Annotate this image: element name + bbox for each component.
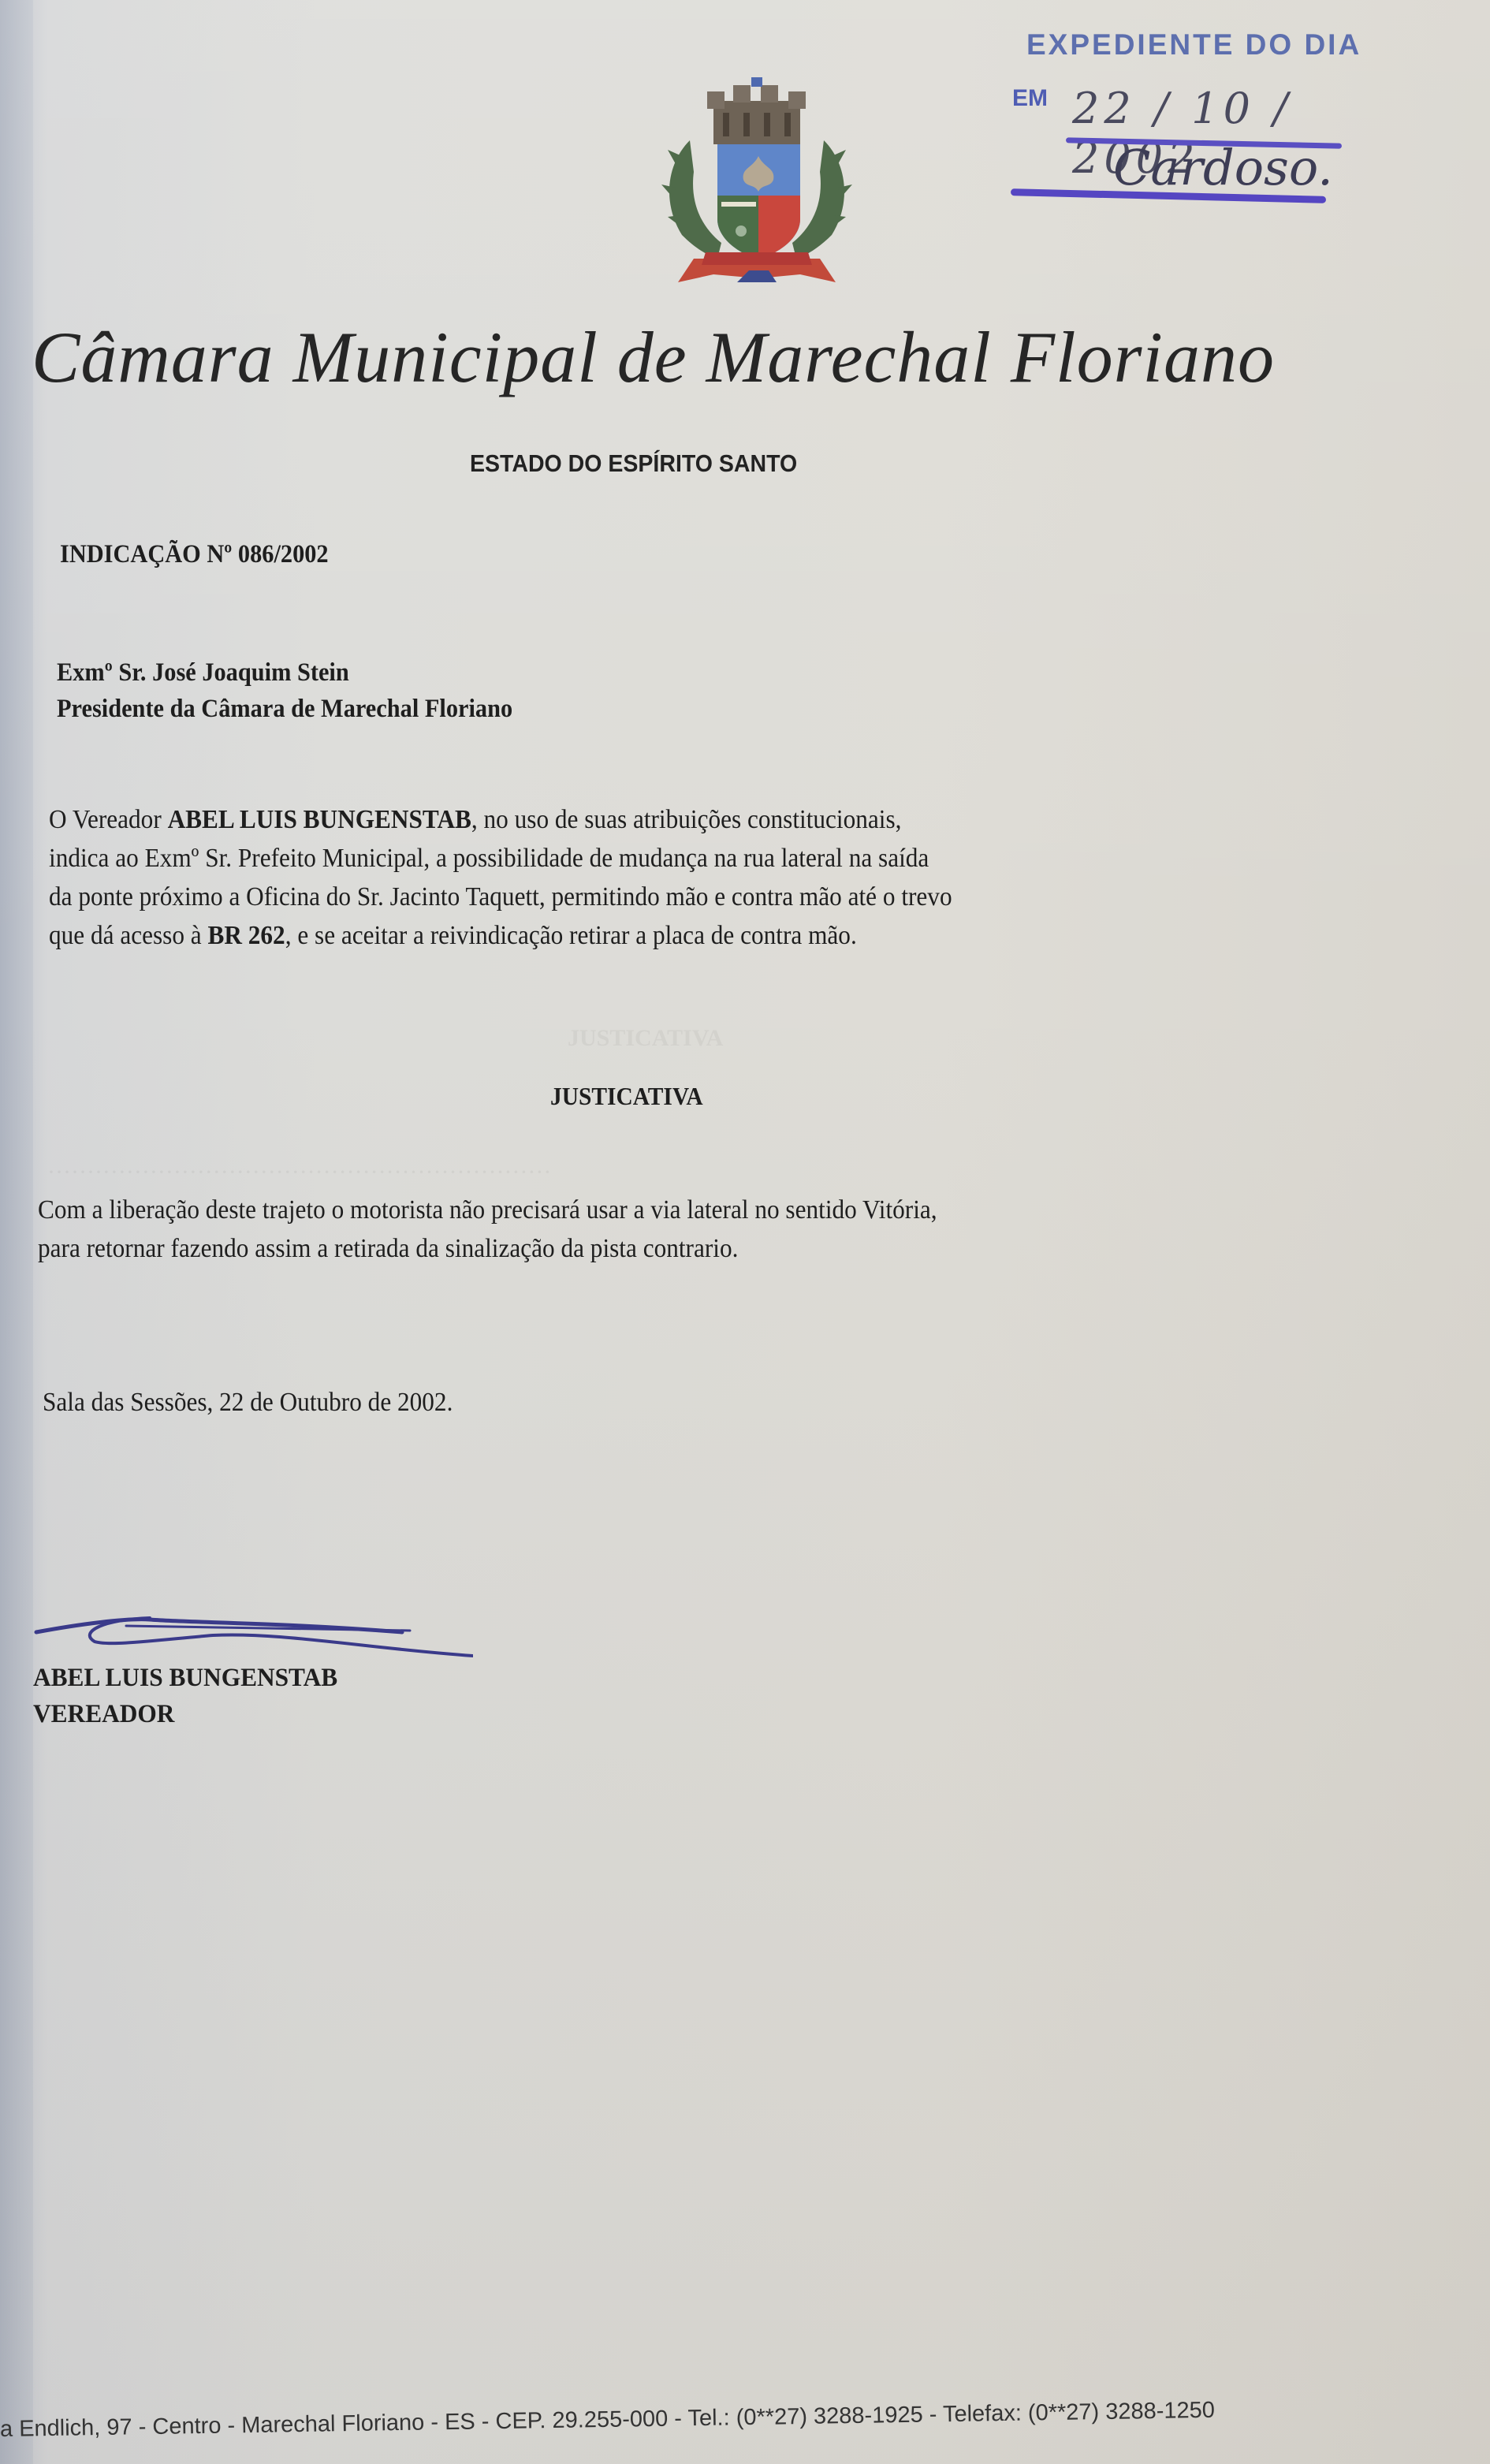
addressee-name: Exmº Sr. José Joaquim Stein	[57, 654, 512, 691]
body-paragraph: O Vereador ABEL LUIS BUNGENSTAB, no uso …	[49, 800, 1268, 955]
justification-heading: JUSTICATIVA	[550, 1082, 703, 1111]
footer-address: a Endlich, 97 - Centro - Marechal Floria…	[0, 2393, 1490, 2443]
stamp-title: EXPEDIENTE DO DIA	[1026, 28, 1361, 62]
received-stamp: EXPEDIENTE DO DIA EM 22 / 10 / 2002 Card…	[1001, 28, 1411, 210]
justification-paragraph: Com a liberação deste trajeto o motorist…	[38, 1191, 937, 1268]
signer-role: VEREADOR	[33, 1696, 337, 1732]
coat-of-arms-icon	[658, 69, 855, 282]
body-line: que dá acesso à BR 262, e se aceitar a r…	[49, 916, 1268, 955]
page-title: Câmara Municipal de Marechal Floriano	[32, 315, 1275, 399]
body-line: O Vereador ABEL LUIS BUNGENSTAB, no uso …	[49, 800, 1268, 839]
highway-name: BR 262	[207, 921, 285, 950]
stamp-handwritten-signature: Cardoso.	[1113, 139, 1333, 196]
document-reference: INDICAÇÃO Nº 086/2002	[60, 540, 329, 569]
justification-line: para retornar fazendo assim a retirada d…	[38, 1229, 937, 1268]
addressee-title: Presidente da Câmara de Marechal Florian…	[57, 691, 512, 727]
body-line: da ponte próximo a Oficina do Sr. Jacint…	[49, 878, 1268, 916]
justification-line: Com a liberação deste trajeto o motorist…	[38, 1191, 937, 1229]
bleed-through-text: JUSTICATIVA	[568, 1025, 723, 1052]
stamp-prefix: EM	[1012, 85, 1048, 112]
signer-block: ABEL LUIS BUNGENSTAB VEREADOR	[33, 1660, 337, 1732]
councilor-name: ABEL LUIS BUNGENSTAB	[168, 805, 471, 834]
addressee-block: Exmº Sr. José Joaquim Stein Presidente d…	[57, 654, 512, 727]
body-line: indica ao Exmº Sr. Prefeito Municipal, a…	[49, 839, 1268, 878]
signer-name: ABEL LUIS BUNGENSTAB	[33, 1660, 337, 1696]
page-subtitle: ESTADO DO ESPÍRITO SANTO	[470, 449, 797, 478]
bleed-through-text: ········································…	[47, 1159, 551, 1186]
paper-edge	[0, 0, 33, 2464]
place-date: Sala das Sessões, 22 de Outubro de 2002.	[43, 1388, 453, 1418]
